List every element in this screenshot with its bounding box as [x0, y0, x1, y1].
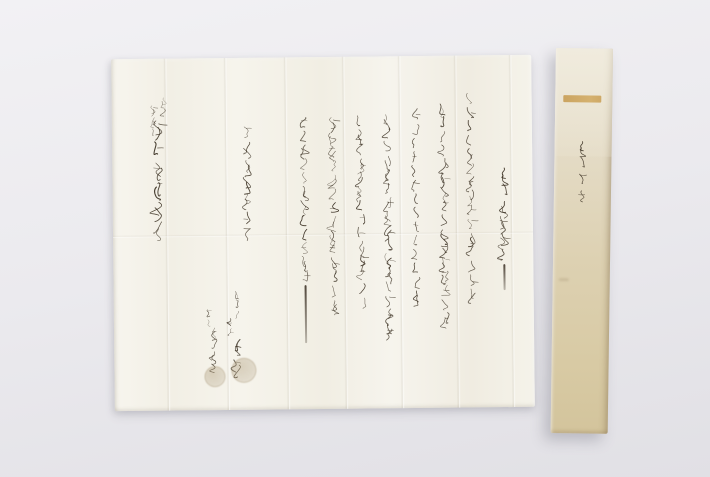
calligraphy-glyph	[437, 172, 450, 185]
calligraphy-glyph	[354, 171, 367, 184]
calligraphy-glyph	[327, 229, 340, 242]
calligraphy-glyph	[383, 294, 396, 307]
calligraphy-glyph	[382, 266, 395, 279]
calligraphy-glyph	[327, 215, 340, 228]
calligraphy-glyph	[438, 228, 451, 241]
calligraphy-glyph	[437, 102, 450, 115]
calligraphy-glyph	[464, 175, 477, 188]
calligraphy-glyph	[297, 185, 310, 198]
calligraphy-glyph	[410, 206, 423, 219]
calligraphy-glyph	[298, 269, 311, 282]
calligraphy-glyph	[356, 297, 369, 310]
calligraphy-glyph	[381, 126, 394, 139]
calligraphy-glyph	[575, 188, 587, 202]
calligraphy-glyph	[575, 156, 587, 170]
calligraphy-glyph	[298, 199, 311, 212]
calligraphy-glyph	[464, 119, 477, 132]
address-block	[111, 55, 531, 59]
calligraphy-flourish	[503, 264, 505, 290]
calligraphy-glyph	[298, 255, 311, 268]
calligraphy-glyph	[150, 159, 165, 178]
seal-stamp	[231, 358, 256, 383]
calligraphy-column	[381, 112, 396, 335]
calligraphy-glyph	[150, 179, 165, 198]
calligraphy-glyph	[410, 220, 423, 233]
calligraphy-glyph	[298, 213, 311, 226]
address-column	[150, 119, 166, 238]
calligraphy-glyph	[496, 183, 510, 198]
calligraphy-glyph	[240, 124, 253, 140]
calligraphy-glyph	[151, 199, 166, 218]
calligraphy-glyph	[497, 247, 511, 262]
calligraphy-glyph	[464, 147, 477, 160]
calligraphy-glyph	[208, 338, 220, 349]
calligraphy-glyph	[326, 173, 339, 186]
calligraphy-glyph	[465, 203, 478, 216]
calligraphy-glyph	[381, 182, 394, 195]
calligraphy-glyph	[297, 157, 310, 170]
calligraphy-glyph	[409, 178, 422, 191]
calligraphy-glyph	[409, 164, 422, 177]
calligraphy-glyph	[354, 115, 367, 128]
calligraphy-glyph	[328, 299, 341, 312]
calligraphy-glyph	[355, 213, 368, 226]
signature-block	[111, 55, 531, 59]
calligraphy-glyph	[354, 185, 367, 198]
calligraphy-glyph	[355, 241, 368, 254]
calligraphy-glyph	[208, 350, 220, 361]
calligraphy-glyph	[497, 231, 511, 246]
signature-role	[226, 318, 234, 337]
calligraphy-glyph	[437, 116, 450, 129]
calligraphy-glyph	[160, 97, 168, 107]
calligraphy-glyph	[381, 168, 394, 181]
calligraphy-glyph	[438, 242, 451, 255]
calligraphy-glyph	[437, 144, 450, 157]
calligraphy-glyph	[297, 143, 310, 156]
calligraphy-glyph	[234, 300, 242, 309]
calligraphy-glyph	[240, 175, 253, 191]
calligraphy-glyph	[464, 133, 477, 146]
document-paper	[111, 55, 535, 411]
calligraphy-glyph	[382, 280, 395, 293]
calligraphy-glyph	[438, 186, 451, 199]
calligraphy-glyph	[297, 115, 310, 128]
calligraphy-glyph	[298, 227, 311, 240]
document-case	[551, 48, 613, 434]
case-band	[563, 95, 601, 103]
calligraphy-glyph	[354, 129, 367, 142]
calligraphy-glyph	[241, 209, 254, 225]
calligraphy-glyph	[410, 262, 423, 275]
calligraphy-glyph	[297, 129, 310, 142]
calligraphy-glyph	[438, 256, 451, 269]
calligraphy-glyph	[355, 255, 368, 268]
calligraphy-glyph	[382, 238, 395, 251]
calligraphy-glyph	[383, 308, 396, 321]
calligraphy-glyph	[326, 145, 339, 158]
calligraphy-glyph	[409, 108, 422, 121]
address-prefix	[160, 97, 168, 118]
calligraphy-glyph	[464, 105, 477, 118]
calligraphy-glyph	[327, 271, 340, 284]
seal-stamp	[204, 366, 225, 387]
calligraphy-glyph	[410, 192, 423, 205]
calligraphy-glyph	[206, 308, 214, 317]
calligraphy-glyph	[409, 136, 422, 149]
calligraphy-glyph	[382, 224, 395, 237]
calligraphy-column	[437, 102, 452, 325]
calligraphy-glyph	[439, 312, 452, 325]
calligraphy-glyph	[240, 141, 253, 157]
calligraphy-glyph	[327, 187, 340, 200]
calligraphy-glyph	[241, 192, 254, 208]
calligraphy-glyph	[465, 273, 478, 286]
calligraphy-column	[464, 91, 479, 300]
calligraphy-glyph	[410, 248, 423, 261]
calligraphy-glyph	[438, 214, 451, 227]
calligraphy-glyph	[298, 241, 311, 254]
calligraphy-glyph	[326, 131, 339, 144]
calligraphy-glyph	[297, 171, 310, 184]
calligraphy-flourish	[305, 285, 307, 343]
calligraphy-glyph	[382, 210, 395, 223]
calligraphy-glyph	[240, 158, 253, 174]
calligraphy-glyph	[151, 219, 166, 238]
calligraphy-glyph	[437, 130, 450, 143]
title-column	[496, 167, 511, 262]
calligraphy-glyph	[464, 161, 477, 174]
calligraphy-glyph	[241, 226, 254, 242]
calligraphy-glyph	[328, 285, 341, 298]
calligraphy-glyph	[497, 215, 511, 230]
calligraphy-glyph	[226, 318, 234, 327]
calligraphy-glyph	[496, 167, 510, 182]
calligraphy-glyph	[326, 159, 339, 172]
calligraphy-glyph	[411, 290, 424, 303]
calligraphy-glyph	[465, 259, 478, 272]
calligraphy-glyph	[382, 196, 395, 209]
calligraphy-glyph	[465, 217, 478, 230]
calligraphy-glyph	[410, 234, 423, 247]
calligraphy-glyph	[438, 200, 451, 213]
photo-stage	[0, 0, 710, 477]
signature-role	[206, 308, 214, 327]
calligraphy-glyph	[464, 91, 477, 104]
calligraphy-column	[326, 117, 341, 312]
calligraphy-glyph	[465, 189, 478, 202]
calligraphy-glyph	[409, 150, 422, 163]
calligraphy-column	[354, 115, 369, 310]
case-smudge	[559, 278, 569, 281]
calligraphy-glyph	[438, 270, 451, 283]
case-label	[575, 140, 588, 202]
calligraphy-glyph	[575, 172, 587, 186]
calligraphy-glyph	[409, 122, 422, 135]
calligraphy-glyph	[382, 252, 395, 265]
calligraphy-glyph	[439, 284, 452, 297]
calligraphy-glyph	[355, 227, 368, 240]
calligraphy-glyph	[327, 257, 340, 270]
calligraphy-glyph	[465, 231, 478, 244]
calligraphy-glyph	[326, 117, 339, 130]
calligraphy-glyph	[230, 336, 244, 355]
calligraphy-glyph	[383, 322, 396, 335]
calligraphy-glyph	[355, 199, 368, 212]
calligraphy-glyph	[327, 243, 340, 256]
calligraphy-glyph	[356, 283, 369, 296]
calligraphy-glyph	[327, 201, 340, 214]
calligraphy-column	[409, 108, 424, 303]
calligraphy-glyph	[497, 199, 511, 214]
calligraphy-glyph	[234, 310, 242, 319]
calligraphy-glyph	[150, 139, 165, 158]
calligraphy-glyph	[381, 154, 394, 167]
calligraphy-glyph	[410, 276, 423, 289]
calligraphy-glyph	[381, 112, 394, 125]
calligraphy-glyph	[160, 108, 168, 118]
calligraphy-column	[297, 115, 312, 282]
calligraphy-glyph	[381, 140, 394, 153]
calligraphy-glyph	[354, 157, 367, 170]
signature-village	[234, 290, 242, 319]
calligraphy-glyph	[354, 143, 367, 156]
calligraphy-glyph	[150, 119, 165, 138]
calligraphy-glyph	[465, 245, 478, 258]
calligraphy-glyph	[208, 326, 220, 337]
calligraphy-glyph	[234, 290, 242, 299]
calligraphy-glyph	[576, 140, 588, 154]
calligraphy-glyph	[355, 269, 368, 282]
calligraphy-glyph	[439, 298, 452, 311]
date-column	[240, 124, 254, 242]
calligraphy-glyph	[437, 158, 450, 171]
calligraphy-glyph	[149, 105, 157, 115]
calligraphy-glyph	[466, 287, 479, 300]
